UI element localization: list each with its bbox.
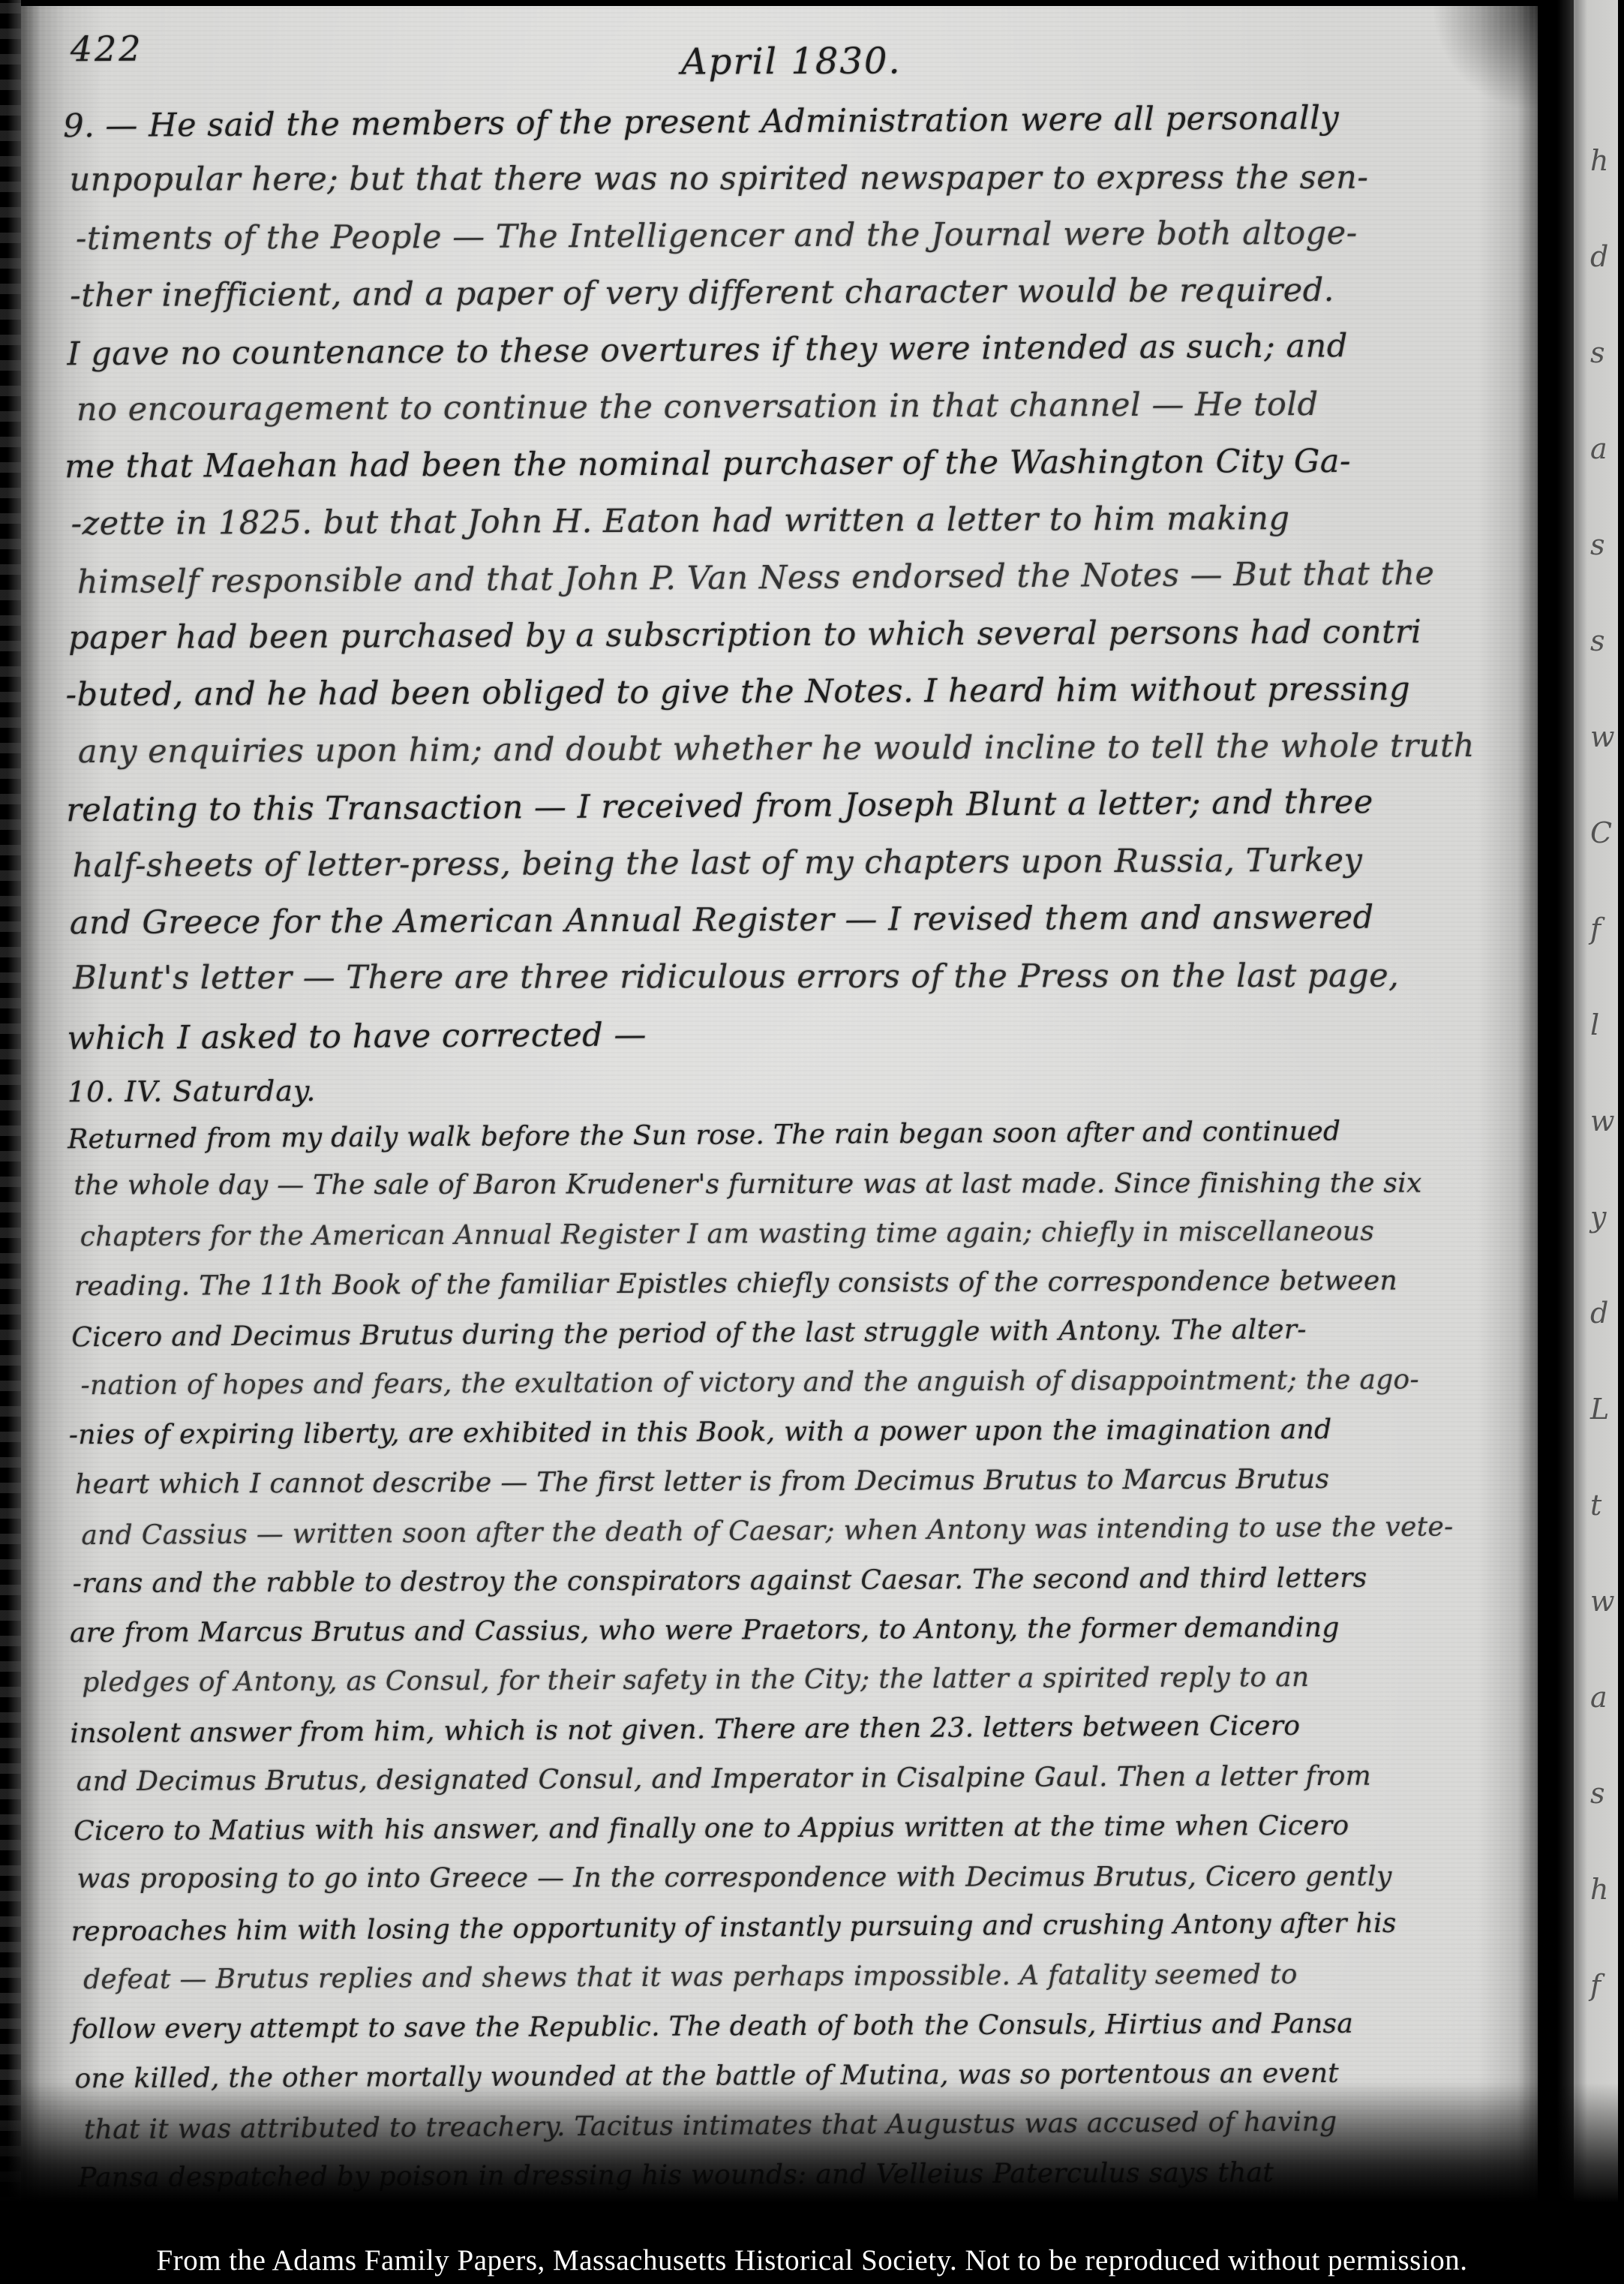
- facing-page-fragment: d: [1590, 209, 1618, 305]
- manuscript-line: -ther inefficient, and a paper of very d…: [70, 261, 1520, 324]
- manuscript-content: 422 April 1830. 9. — He said the members…: [63, 23, 1529, 2203]
- facing-page-fragment: h: [1590, 1841, 1618, 1937]
- manuscript-line: and Greece for the American Annual Regis…: [70, 888, 1523, 951]
- facing-page-fragment: a: [1590, 1649, 1618, 1745]
- scan-right-edge: [1618, 0, 1624, 2284]
- manuscript-line: Blunt's letter — There are three ridicul…: [73, 947, 1523, 1006]
- manuscript-line: half-sheets of letter-press, being the l…: [72, 831, 1523, 894]
- rights-caption-text: From the Adams Family Papers, Massachuse…: [157, 2243, 1468, 2277]
- manuscript-line: relating to this Transaction — I receive…: [66, 773, 1523, 840]
- entry-april-10-heading: 10. IV. Saturday.: [68, 1064, 1524, 1113]
- manuscript-line: Pansa despatched by poison in dressing h…: [78, 2147, 1529, 2203]
- facing-page-edge: hdsasswCflwydLtwashf: [1574, 0, 1618, 2243]
- manuscript-line: that it was attributed to treachery. Tac…: [84, 2096, 1529, 2155]
- manuscript-line: follow every attempt to save the Republi…: [71, 1999, 1528, 2054]
- manuscript-line: Returned from my daily walk before the S…: [68, 1106, 1524, 1165]
- manuscript-line: Cicero and Decimus Brutus during the per…: [71, 1304, 1525, 1363]
- facing-page-fragment: l: [1590, 977, 1618, 1073]
- page-gutter-shadow: [1538, 0, 1574, 2284]
- facing-page-fragment: w: [1590, 1073, 1618, 1169]
- manuscript-line: reproaches him with losing the opportuni…: [71, 1898, 1528, 1958]
- manuscript-line: pledges of Antony, as Consul, for their …: [82, 1652, 1526, 1708]
- manuscript-line: -zette in 1825. but that John H. Eaton h…: [71, 489, 1521, 552]
- manuscript-line: Cicero to Matius with his answer, and fi…: [74, 1801, 1527, 1856]
- manuscript-line: -rans and the rabble to destroy the cons…: [73, 1553, 1526, 1609]
- manuscript-line: unpopular here; but that there was no sp…: [70, 149, 1520, 208]
- facing-page-fragment: f: [1590, 881, 1618, 977]
- facing-page-fragment: f: [1590, 1937, 1618, 2033]
- manuscript-line: -nation of hopes and fears, the exultati…: [80, 1355, 1525, 1411]
- manuscript-line: was proposing to go into Greece — In the…: [77, 1852, 1527, 1904]
- facing-page-fragment: C: [1590, 785, 1618, 881]
- manuscript-line: are from Marcus Brutus and Cassius, who …: [70, 1603, 1526, 1658]
- manuscript-line: paper had been purchased by a subscripti…: [68, 603, 1522, 666]
- manuscript-line: defeat — Brutus replies and shews that i…: [83, 1949, 1528, 2005]
- manuscript-scan-page: 422 April 1830. 9. — He said the members…: [21, 6, 1538, 2246]
- manuscript-line: one killed, the other mortally wounded a…: [74, 2048, 1528, 2104]
- manuscript-line: which I asked to have corrected —: [67, 1001, 1523, 1068]
- facing-page-fragment: w: [1590, 689, 1618, 785]
- manuscript-line: no encouragement to continue the convers…: [77, 375, 1521, 438]
- manuscript-line: insolent answer from him, which is not g…: [70, 1700, 1526, 1760]
- manuscript-line: -timents of the People — The Intelligenc…: [76, 204, 1520, 267]
- manuscript-line: 9. — He said the members of the present …: [63, 89, 1520, 155]
- facing-page-fragment: d: [1590, 1265, 1618, 1361]
- entry-april-9: 9. — He said the members of the present …: [63, 90, 1524, 1065]
- date-heading: April 1830.: [63, 38, 1520, 86]
- facing-page-fragment: a: [1590, 401, 1618, 497]
- facing-page-fragment: s: [1590, 305, 1618, 401]
- manuscript-line: chapters for the American Annual Registe…: [80, 1207, 1525, 1262]
- facing-page-fragment: y: [1590, 1169, 1618, 1265]
- facing-page-fragment: s: [1590, 1745, 1618, 1841]
- manuscript-line: me that Maehan had been the nominal purc…: [65, 432, 1521, 495]
- manuscript-line: I gave no countenance to these overtures…: [67, 317, 1520, 383]
- manuscript-line: -nies of expiring liberty, are exhibited…: [69, 1405, 1526, 1460]
- manuscript-line: -buted, and he had been obliged to give …: [65, 660, 1522, 723]
- facing-page-fragment: s: [1590, 497, 1618, 593]
- manuscript-line: the whole day — The sale of Baron Kruden…: [74, 1159, 1524, 1210]
- manuscript-line: and Cassius — written soon after the dea…: [81, 1502, 1526, 1561]
- manuscript-line: and Decimus Brutus, designated Consul, a…: [77, 1751, 1527, 1807]
- facing-page-fragment: s: [1590, 593, 1618, 689]
- facing-page-fragments: hdsasswCflwydLtwashf: [1574, 0, 1618, 2033]
- facing-page-fragment: t: [1590, 1457, 1618, 1553]
- entry-april-10: Returned from my daily walk before the S…: [68, 1107, 1529, 2203]
- facing-page-fragment: h: [1590, 113, 1618, 209]
- manuscript-line: himself responsible and that John P. Van…: [77, 545, 1522, 611]
- book-binding-edge: [0, 0, 21, 2284]
- manuscript-line: reading. The 11th Book of the familiar E…: [74, 1256, 1525, 1312]
- facing-page-fragment: w: [1590, 1553, 1618, 1649]
- rights-caption-bar: From the Adams Family Papers, Massachuse…: [0, 2236, 1624, 2284]
- facing-page-fragment: L: [1590, 1361, 1618, 1457]
- manuscript-line: any enquiries upon him; and doubt whethe…: [78, 717, 1523, 780]
- manuscript-line: heart which I cannot describe — The firs…: [75, 1454, 1526, 1510]
